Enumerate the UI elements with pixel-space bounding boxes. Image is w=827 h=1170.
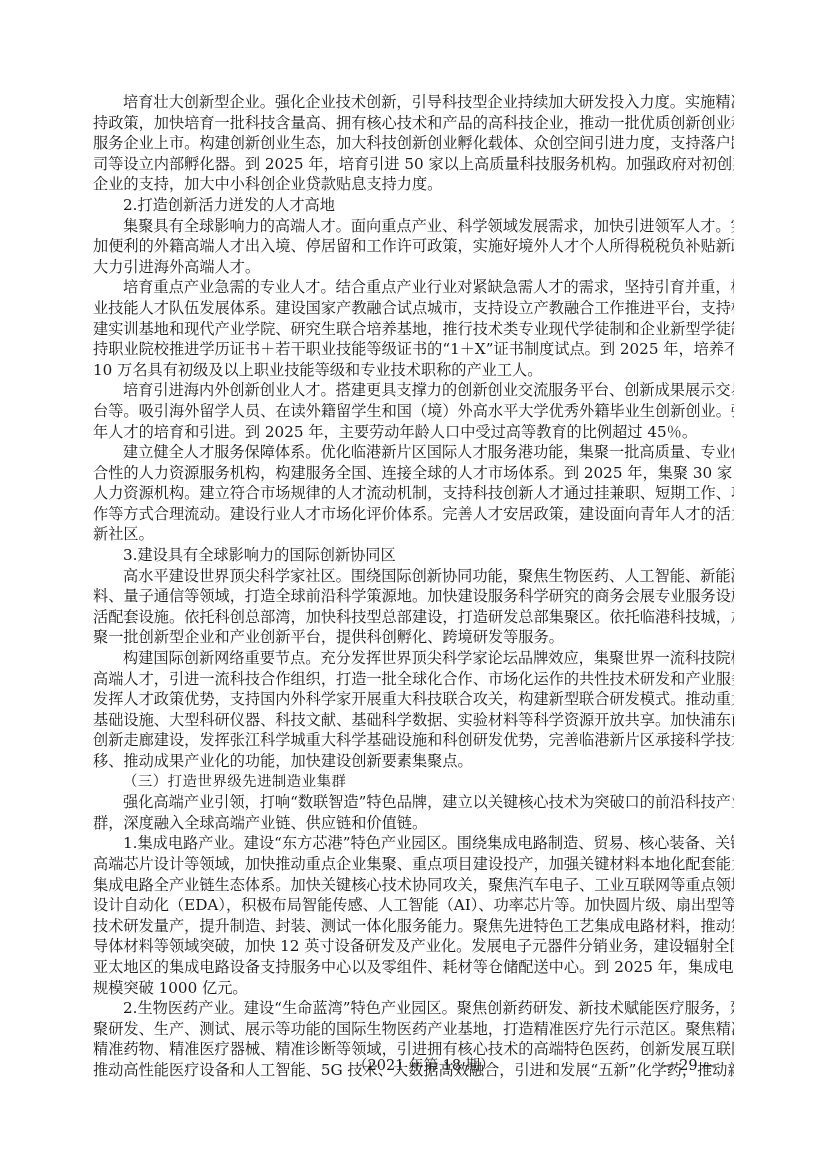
text-line: 培育引进海内外创新创业人才。搭建更具支撑力的创新创业交流服务平台、创新成果展示交… [93, 380, 734, 401]
section-heading: （三）打造世界级先进制造业集群 [93, 772, 734, 793]
footer-issue: （2021 年第 18 期） [353, 1057, 495, 1075]
text-line: 集成电路全产业链生态体系。加快关键核心技术协同攻关，聚焦汽车电子、工业互联网等重… [93, 875, 734, 896]
text-line: 10 万名具有初级及以上职业技能等级和专业技术职称的产业工人。 [93, 360, 734, 381]
text-line: 业技能人才队伍发展体系。建设国家产教融合试点城市，支持设立产教融合工作推进平台，… [93, 298, 734, 319]
text-line: 聚一批创新型企业和产业创新平台，提供科创孵化、跨境研发等服务。 [93, 627, 734, 648]
text-line: 导体材料等领域突破，加快 12 英寸设备研发及产业化。发展电子元器件分销业务，建… [93, 936, 734, 957]
text-line: 司等设立内部孵化器。到 2025 年，培育引进 50 家以上高质量科技服务机构。… [93, 154, 734, 175]
text-line: 技术研发量产，提升制造、封装、测试一体化服务能力。聚焦先进特色工艺集成电路材料，… [93, 916, 734, 937]
text-line: 规模突破 1000 亿元。 [93, 978, 734, 999]
text-line: 持政策，加快培育一批科技含量高、拥有核心技术和产品的高科技企业，推动一批优质创新… [93, 113, 734, 134]
text-line: 新社区。 [93, 524, 734, 545]
text-line: 企业的支持，加大中小科创企业贷款贴息支持力度。 [93, 174, 734, 195]
text-line: 加便利的外籍高端人才出入境、停居留和工作许可政策，实施好境外人才个人所得税税负补… [93, 236, 734, 257]
text-line: 集聚具有全球影响力的高端人才。面向重点产业、科学领域发展需求，加快引进领军人才。… [93, 216, 734, 237]
text-line: 培育重点产业急需的专业人才。结合重点产业行业对紧缺急需人才的需求，坚持引育并重，… [93, 277, 734, 298]
text-line: 培育壮大创新型企业。强化企业技术创新，引导科技型企业持续加大研发投入力度。实施精… [93, 92, 734, 113]
body-text: 培育壮大创新型企业。强化企业技术创新，引导科技型企业持续加大研发投入力度。实施精… [93, 92, 734, 1081]
text-line: 高端人才，引进一流科技合作组织，打造一批全球化合作、市场化运作的共性技术研发和产… [93, 669, 734, 690]
text-line: 1.集成电路产业。建设“东方芯港”特色产业园区。围绕集成电路制造、贸易、核心装备… [93, 833, 734, 854]
document-page: 培育壮大创新型企业。强化企业技术创新，引导科技型企业持续加大研发投入力度。实施精… [0, 0, 827, 1170]
text-line: 服务企业上市。构建创新创业生态，加大科技创新创业孵化载体、众创空间引进力度，支持… [93, 133, 734, 154]
text-line: 基础设施、大型科研仪器、科技文献、基础科学数据、实验材料等科学资源开放共享。加快… [93, 710, 734, 731]
text-line: 持职业院校推进学历证书＋若干职业技能等级证书的“1＋X”证书制度试点。到 202… [93, 339, 734, 360]
text-line: 料、量子通信等领域，打造全球前沿科学策源地。加快建设服务科学研究的商务会展专业服… [93, 586, 734, 607]
text-line: 创新走廊建设，发挥张江科学城重大科学基础设施和科创研发优势，完善临港新片区承接科… [93, 730, 734, 751]
text-line: 聚研发、生产、测试、展示等功能的国际生物医药产业基地，打造精准医疗先行示范区。聚… [93, 1019, 734, 1040]
text-line: 大力引进海外高端人才。 [93, 257, 734, 278]
text-line: 发挥人才政策优势，支持国内外科学家开展重大科技联合攻关，构建新型联合研发模式。推… [93, 689, 734, 710]
text-line: 建立健全人才服务保障体系。优化临港新片区国际人才服务港功能，集聚一批高质量、专业… [93, 442, 734, 463]
footer-page-number: — 29 — [660, 1057, 717, 1075]
text-line: 移、推动成果产业化的功能，加快建设创新要素集聚点。 [93, 751, 734, 772]
text-line: 作等方式合理流动。建设行业人才市场化评价体系。完善人才安居政策，建设面向青年人才… [93, 504, 734, 525]
text-line: 年人才的培育和引进。到 2025 年，主要劳动年龄人口中受过高等教育的比例超过 … [93, 422, 734, 443]
text-line: 亚太地区的集成电路设备支持服务中心以及零组件、耗材等仓储配送中心。到 2025 … [93, 957, 734, 978]
text-line: 人力资源机构。建立符合市场规律的人才流动机制，支持科技创新人才通过挂兼职、短期工… [93, 483, 734, 504]
text-line: 高水平建设世界顶尖科学家社区。围绕国际创新协同功能，聚焦生物医药、人工智能、新能… [93, 566, 734, 587]
text-line: 构建国际创新网络重要节点。充分发挥世界顶尖科学家论坛品牌效应，集聚世界一流科技院… [93, 648, 734, 669]
text-line: 设计自动化（EDA），积极布局智能传感、人工智能（AI）、功率芯片等。加快圆片级… [93, 895, 734, 916]
text-line: 高端芯片设计等领域，加快推动重点企业集聚、重点项目建设投产，加强关键材料本地化配… [93, 854, 734, 875]
text-line: 群，深度融入全球高端产业链、供应链和价值链。 [93, 813, 734, 834]
text-line: 合性的人力资源服务机构，构建服务全国、连接全球的人才市场体系。到 2025 年，… [93, 463, 734, 484]
text-line: 台等。吸引海外留学人员、在读外籍留学生和国（境）外高水平大学优秀外籍毕业生创新创… [93, 401, 734, 422]
text-line: 3.建设具有全球影响力的国际创新协同区 [93, 545, 734, 566]
text-line: 建实训基地和现代产业学院、研究生联合培养基地，推行技术类专业现代学徒制和企业新型… [93, 319, 734, 340]
text-line: 2.打造创新活力迸发的人才高地 [93, 195, 734, 216]
text-line: 2.生物医药产业。建设“生命蓝湾”特色产业园区。聚焦创新药研发、新技术赋能医疗服… [93, 998, 734, 1019]
text-line: 强化高端产业引领，打响“数联智造”特色品牌，建立以关键核心技术为突破口的前沿科技… [93, 792, 734, 813]
text-line: 活配套设施。依托科创总部湾，加快科技型总部建设，打造研发总部集聚区。依托临港科技… [93, 607, 734, 628]
